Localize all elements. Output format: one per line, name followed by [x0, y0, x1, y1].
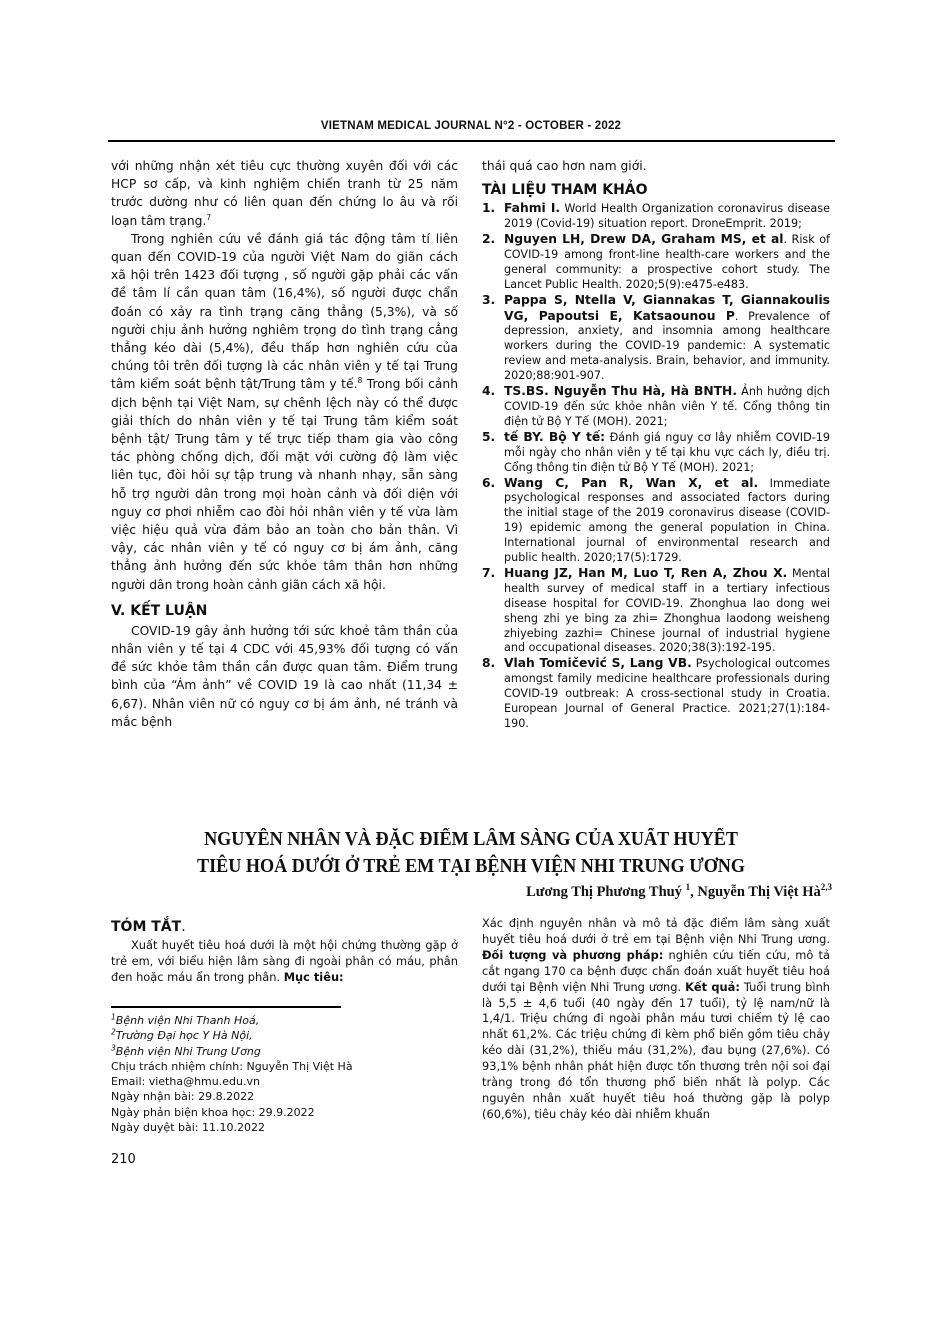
reference-item: 4.TS.BS. Nguyễn Thu Hà, Hà BNTH. Ảnh hưở… — [482, 384, 830, 430]
author-affiliation-sup: 2,3 — [821, 882, 832, 892]
footnotes: 1Bệnh viện Nhi Thanh Hoá, 2Trường Đại họ… — [111, 1013, 458, 1135]
author-name: Lương Thị Phương Thuý — [526, 884, 682, 900]
paragraph: với những nhận xét tiêu cực thường xuyên… — [111, 157, 458, 230]
footnote-rule — [111, 1006, 341, 1008]
running-header: VIETNAM MEDICAL JOURNAL N°2 - OCTOBER - … — [111, 120, 831, 132]
citation-ref: 7 — [206, 213, 211, 222]
affiliation: 3Bệnh viện Nhi Trung Ương — [111, 1044, 458, 1059]
author-line: Lương Thị Phương Thuý 1, Nguyễn Thị Việt… — [526, 884, 832, 901]
prev-article-left-column: với những nhận xét tiêu cực thường xuyên… — [111, 157, 458, 731]
reference-item: 6.Wang C, Pan R, Wan X, et al. Immediate… — [482, 476, 830, 566]
reference-item: 5.tế BY. Bộ Y tế: Đánh giá nguy cơ lây n… — [482, 430, 830, 476]
abstract-left-column: TÓM TẮT. Xuất huyết tiêu hoá dưới là một… — [111, 918, 458, 986]
affiliation: 2Trường Đại học Y Hà Nội, — [111, 1028, 458, 1043]
reference-item: 1.Fahmi I. World Health Organization cor… — [482, 201, 830, 232]
reference-list: 1.Fahmi I. World Health Organization cor… — [482, 201, 830, 732]
email[interactable]: Email: vietha@hmu.edu.vn — [111, 1074, 458, 1089]
abstract-paragraph: Xuất huyết tiêu hoá dưới là một hội chứn… — [111, 938, 458, 986]
reference-item: 8.Vlah Tomičević S, Lang VB. Psychologic… — [482, 656, 830, 732]
results-label: Kết quả: — [685, 980, 740, 994]
abstract-heading: TÓM TẮT. — [111, 918, 458, 936]
paragraph: thái quá cao hơn nam giới. — [482, 157, 830, 175]
abstract-paragraph: Xác định nguyên nhân và mô tả đặc điểm l… — [482, 916, 830, 1123]
header-rule — [108, 140, 835, 142]
objective-label: Mục tiêu: — [284, 970, 344, 984]
section-heading-conclusion: V. KẾT LUẬN — [111, 602, 458, 620]
author-name: Nguyễn Thị Việt Hà — [697, 884, 820, 900]
prev-article-right-column: thái quá cao hơn nam giới. TÀI LIỆU THAM… — [482, 157, 830, 732]
citation-ref: 8 — [357, 376, 362, 385]
methods-label: Đối tượng và phương pháp: — [482, 948, 663, 962]
date-reviewed: Ngày phản biện khoa học: 29.9.2022 — [111, 1105, 458, 1120]
reference-item: 7.Huang JZ, Han M, Luo T, Ren A, Zhou X.… — [482, 566, 830, 656]
date-accepted: Ngày duyệt bài: 11.10.2022 — [111, 1120, 458, 1135]
abstract-right-column: Xác định nguyên nhân và mô tả đặc điểm l… — [482, 916, 830, 1123]
article-title-line: NGUYÊN NHÂN VÀ ĐẶC ĐIỂM LÂM SÀNG CỦA XUẤ… — [136, 826, 806, 853]
reference-item: 3.Pappa S, Ntella V, Giannakas T, Gianna… — [482, 293, 830, 384]
journal-page: VIETNAM MEDICAL JOURNAL N°2 - OCTOBER - … — [0, 0, 942, 1333]
paragraph: COVID-19 gây ảnh hưởng tới sức khoẻ tâm … — [111, 622, 458, 731]
paragraph: Trong nghiên cứu về đánh giá tác động tâ… — [111, 230, 458, 594]
section-heading-references: TÀI LIỆU THAM KHẢO — [482, 181, 830, 199]
page-number: 210 — [111, 1152, 136, 1167]
date-received: Ngày nhận bài: 29.8.2022 — [111, 1089, 458, 1104]
corresponding-author: Chịu trách nhiệm chính: Nguyễn Thị Việt … — [111, 1059, 458, 1074]
reference-item: 2.Nguyen LH, Drew DA, Graham MS, et al. … — [482, 232, 830, 293]
article-title: NGUYÊN NHÂN VÀ ĐẶC ĐIỂM LÂM SÀNG CỦA XUẤ… — [136, 826, 806, 880]
affiliation: 1Bệnh viện Nhi Thanh Hoá, — [111, 1013, 458, 1028]
article-title-line: TIÊU HOÁ DƯỚI Ở TRẺ EM TẠI BỆNH VIỆN NHI… — [136, 853, 806, 880]
